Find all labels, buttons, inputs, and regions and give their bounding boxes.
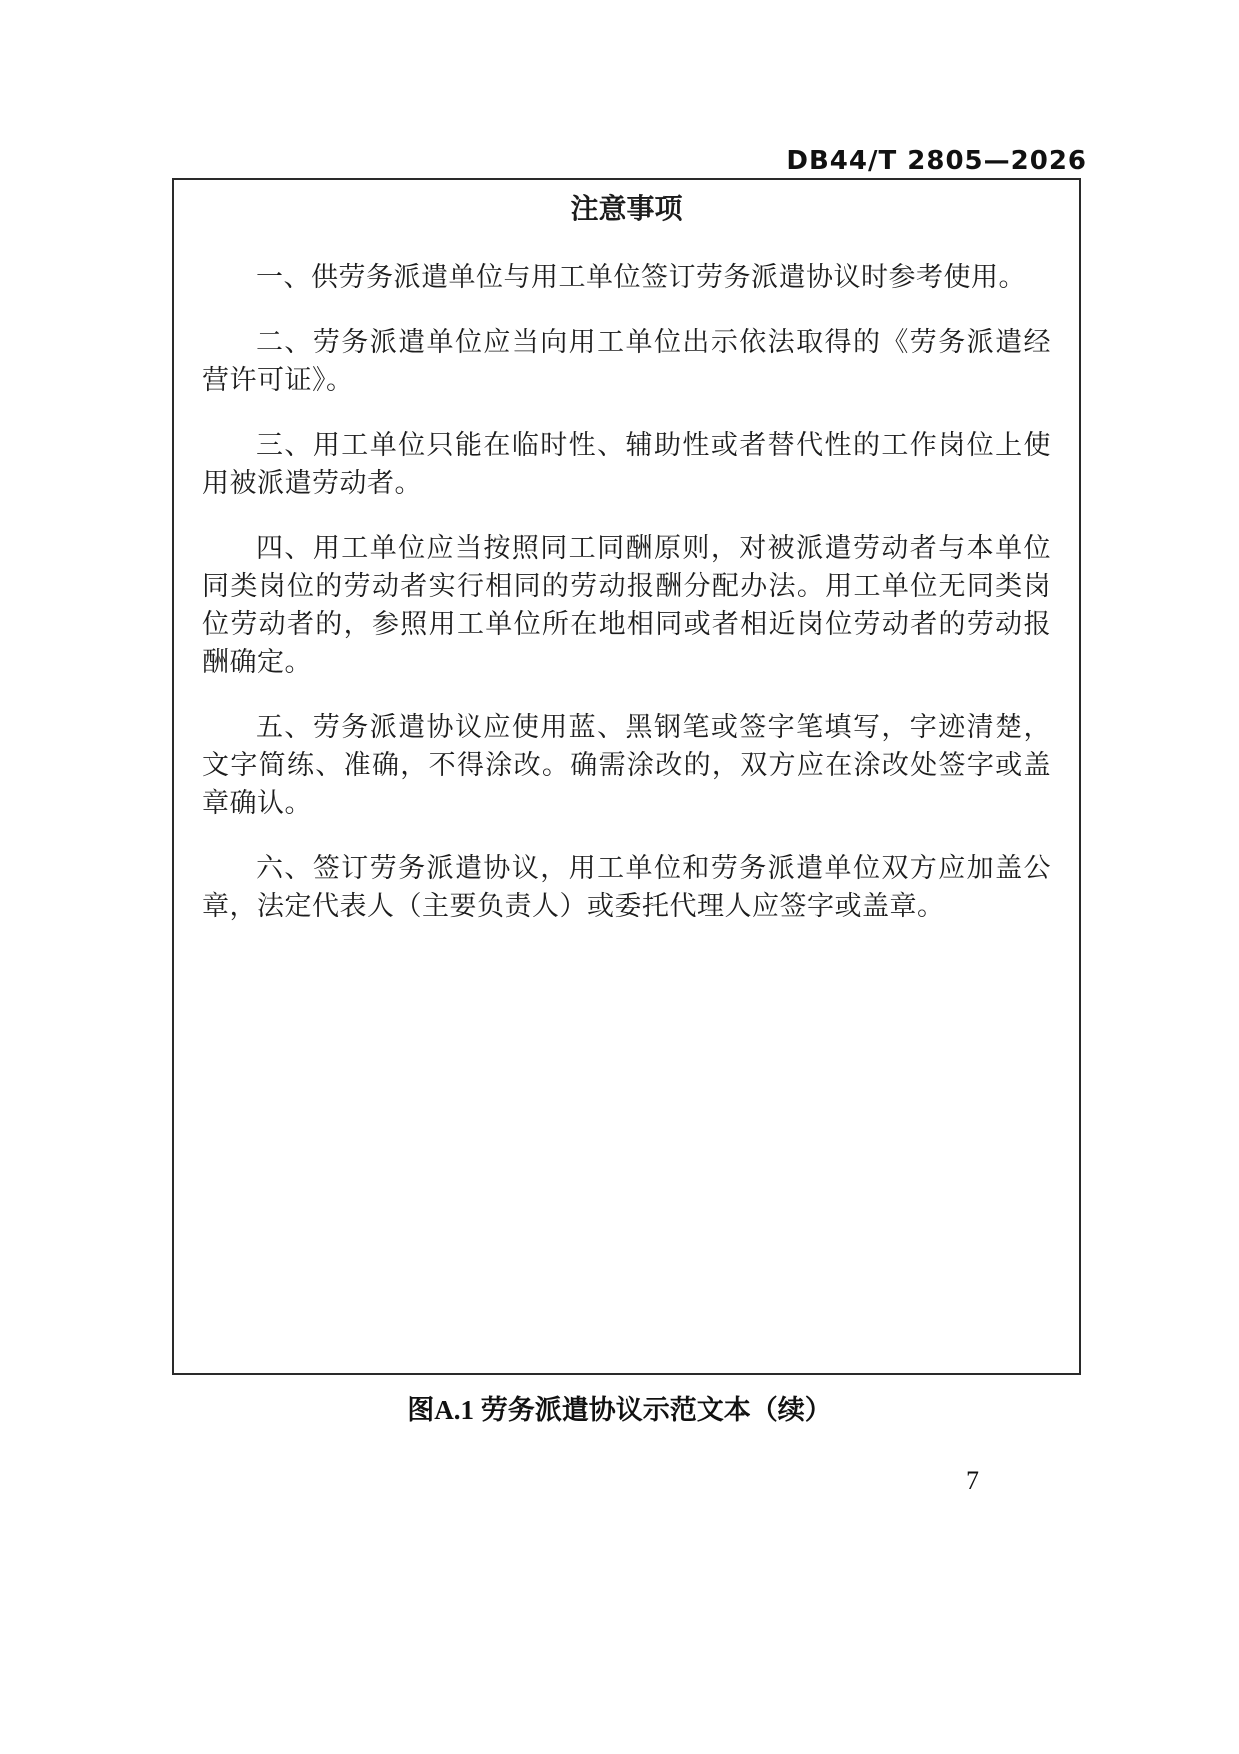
standard-doc-number: DB44/T 2805—2026: [786, 146, 1087, 176]
notice-item-1: 一、供劳务派遣单位与用工单位签订劳务派遣协议时参考使用。: [202, 258, 1051, 296]
notice-title: 注意事项: [202, 192, 1051, 228]
document-page: DB44/T 2805—2026 注意事项 一、供劳务派遣单位与用工单位签订劳务…: [0, 0, 1239, 1754]
notice-item-6: 六、签订劳务派遣协议，用工单位和劳务派遣单位双方应加盖公章，法定代表人（主要负责…: [202, 849, 1051, 925]
page-number: 7: [966, 1466, 979, 1496]
notice-item-3: 三、用工单位只能在临时性、辅助性或者替代性的工作岗位上使用被派遣劳动者。: [202, 426, 1051, 502]
notice-item-4: 四、用工单位应当按照同工同酬原则，对被派遣劳动者与本单位同类岗位的劳动者实行相同…: [202, 529, 1051, 681]
notice-item-2: 二、劳务派遣单位应当向用工单位出示依法取得的《劳务派遣经营许可证》。: [202, 323, 1051, 399]
figure-caption: 图A.1 劳务派遣协议示范文本（续）: [0, 1388, 1239, 1427]
notice-box: 注意事项 一、供劳务派遣单位与用工单位签订劳务派遣协议时参考使用。 二、劳务派遣…: [172, 178, 1081, 1375]
notice-item-5: 五、劳务派遣协议应使用蓝、黑钢笔或签字笔填写，字迹清楚，文字简练、准确，不得涂改…: [202, 708, 1051, 822]
